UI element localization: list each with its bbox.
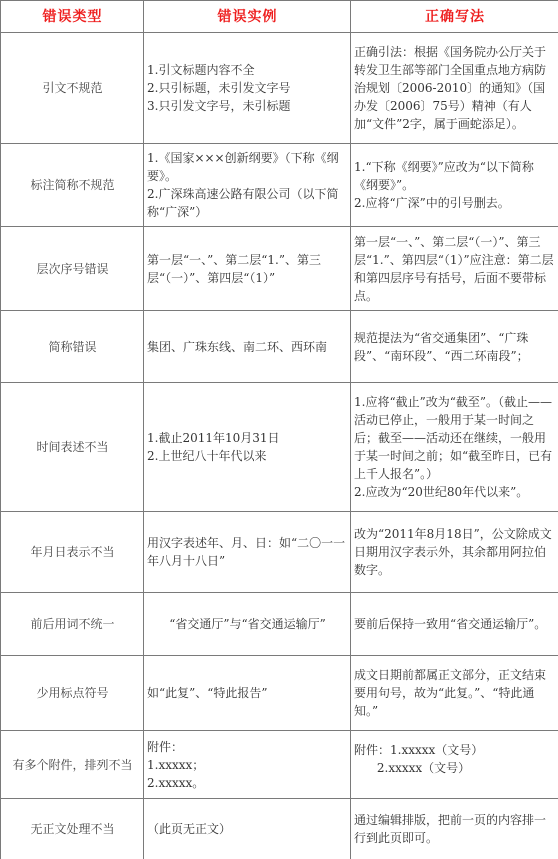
- example-line: 1.xxxxx；: [147, 756, 348, 774]
- correct-form-cell: 改为“2011年8月18日”，公文除成文日期用汉字表示外，其余都用阿拉伯数字。: [351, 512, 558, 593]
- table-row: 无正文处理不当 （此页无正文） 通过编辑排版，把前一页的内容排一行到此页即可。: [1, 799, 558, 859]
- correct-line: 1.“下称《纲要》”应改为“以下简称《纲要》”。: [354, 158, 556, 194]
- error-example-cell: 集团、广珠东线、南二环、西环南: [144, 311, 351, 383]
- column-header-error-type: 错误类型: [1, 1, 144, 33]
- table-row: 层次序号错误 第一层“一、”、第二层“1.”、第三层“（一）”、第四层“（1）”…: [1, 227, 558, 311]
- correct-form-cell: 要前后保持一致用“省交通运输厅”。: [351, 593, 558, 656]
- table-row: 简称错误 集团、广珠东线、南二环、西环南 规范提法为“省交通集团”、“广珠段”、…: [1, 311, 558, 383]
- table-row: 引文不规范 1.引文标题内容不全 2.只引标题，未引发文字号 3.只引发文字号，…: [1, 33, 558, 144]
- error-example-cell: “省交通厅”与“省交通运输厅”: [144, 593, 351, 656]
- example-line: 用汉字表述年、月、日：如“二〇一一年八月十八日”: [147, 534, 348, 570]
- example-line: 1.截止2011年10月31日: [147, 429, 348, 447]
- error-example-cell: 附件： 1.xxxxx； 2.xxxxx。: [144, 731, 351, 799]
- error-type-cell: 无正文处理不当: [1, 799, 144, 859]
- table-row: 年月日表示不当 用汉字表述年、月、日：如“二〇一一年八月十八日” 改为“2011…: [1, 512, 558, 593]
- correct-form-cell: 附件：1.xxxxx（文号） 2.xxxxx（文号）: [351, 731, 558, 799]
- correct-line: 规范提法为“省交通集团”、“广珠段”、“南环段”、“西二环南段”；: [354, 329, 556, 365]
- error-example-cell: 用汉字表述年、月、日：如“二〇一一年八月十八日”: [144, 512, 351, 593]
- error-example-cell: 1.截止2011年10月31日 2.上世纪八十年代以来: [144, 383, 351, 512]
- error-type-cell: 少用标点符号: [1, 656, 144, 731]
- correct-form-cell: 规范提法为“省交通集团”、“广珠段”、“南环段”、“西二环南段”；: [351, 311, 558, 383]
- correct-line: 成文日期前都属正文部分，正文结束要用句号，故为“此复。”、“特此通知。”: [354, 666, 556, 720]
- error-type-cell: 标注简称不规范: [1, 144, 144, 227]
- error-type-cell: 时间表述不当: [1, 383, 144, 512]
- correct-line: 要前后保持一致用“省交通运输厅”。: [354, 615, 556, 633]
- example-line: 第一层“一、”、第二层“1.”、第三层“（一）”、第四层“（1）”: [147, 251, 348, 287]
- correct-line: 改为“2011年8月18日”，公文除成文日期用汉字表示外，其余都用阿拉伯数字。: [354, 525, 556, 579]
- example-line: 集团、广珠东线、南二环、西环南: [147, 338, 348, 356]
- table-row: 有多个附件，排列不当 附件： 1.xxxxx； 2.xxxxx。 附件：1.xx…: [1, 731, 558, 799]
- example-line: “省交通厅”与“省交通运输厅”: [147, 615, 348, 633]
- error-example-cell: （此页无正文）: [144, 799, 351, 859]
- example-line: 2.广深珠高速公路有限公司（以下简称“广深”）: [147, 185, 348, 221]
- correct-line: 附件：1.xxxxx（文号）: [354, 741, 556, 759]
- error-type-cell: 有多个附件，排列不当: [1, 731, 144, 799]
- table-row: 时间表述不当 1.截止2011年10月31日 2.上世纪八十年代以来 1.应将“…: [1, 383, 558, 512]
- example-line: 2.上世纪八十年代以来: [147, 447, 348, 465]
- correct-line: 正确引法：根据《国务院办公厅关于转发卫生部等部门全国重点地方病防治规划〔2006…: [354, 43, 556, 133]
- error-type-cell: 层次序号错误: [1, 227, 144, 311]
- correct-form-cell: 正确引法：根据《国务院办公厅关于转发卫生部等部门全国重点地方病防治规划〔2006…: [351, 33, 558, 144]
- correct-form-cell: 第一层“一、”、第二层“（一）”、第三层“1.”、第四层“（1）”应注意：第二层…: [351, 227, 558, 311]
- table-row: 标注简称不规范 1.《国家×××创新纲要》（下称《纲要》。 2.广深珠高速公路有…: [1, 144, 558, 227]
- example-line: 附件：: [147, 738, 348, 756]
- table-row: 少用标点符号 如“此复”、“特此报告” 成文日期前都属正文部分，正文结束要用句号…: [1, 656, 558, 731]
- error-type-cell: 年月日表示不当: [1, 512, 144, 593]
- correct-form-cell: 通过编辑排版，把前一页的内容排一行到此页即可。: [351, 799, 558, 859]
- correct-line: 通过编辑排版，把前一页的内容排一行到此页即可。: [354, 811, 556, 847]
- error-type-cell: 简称错误: [1, 311, 144, 383]
- example-line: 如“此复”、“特此报告”: [147, 684, 348, 702]
- correct-form-cell: 成文日期前都属正文部分，正文结束要用句号，故为“此复。”、“特此通知。”: [351, 656, 558, 731]
- error-type-cell: 引文不规范: [1, 33, 144, 144]
- example-line: 1.《国家×××创新纲要》（下称《纲要》。: [147, 149, 348, 185]
- error-correction-table: 错误类型 错误实例 正确写法 引文不规范 1.引文标题内容不全 2.只引标题，未…: [0, 0, 558, 859]
- correct-form-cell: 1.应将“截止”改为“截至”。（截止——活动已停止，一般用于某一时间之后；截至—…: [351, 383, 558, 512]
- error-example-cell: 如“此复”、“特此报告”: [144, 656, 351, 731]
- error-type-cell: 前后用词不统一: [1, 593, 144, 656]
- example-line: （此页无正文）: [147, 820, 348, 838]
- error-example-cell: 1.引文标题内容不全 2.只引标题，未引发文字号 3.只引发文字号，未引标题: [144, 33, 351, 144]
- correct-line: 2.应将“广深”中的引号删去。: [354, 194, 556, 212]
- column-header-correct-form: 正确写法: [351, 1, 558, 33]
- column-header-error-example: 错误实例: [144, 1, 351, 33]
- header-row: 错误类型 错误实例 正确写法: [1, 1, 558, 33]
- correct-line: 1.应将“截止”改为“截至”。（截止——活动已停止，一般用于某一时间之后；截至—…: [354, 393, 556, 483]
- correct-line: 2.xxxxx（文号）: [354, 759, 556, 777]
- example-line: 2.只引标题，未引发文字号: [147, 79, 348, 97]
- example-line: 2.xxxxx。: [147, 774, 348, 792]
- example-line: 1.引文标题内容不全: [147, 61, 348, 79]
- correct-line: 2.应改为“20世纪80年代以来”。: [354, 483, 556, 501]
- error-example-cell: 1.《国家×××创新纲要》（下称《纲要》。 2.广深珠高速公路有限公司（以下简称…: [144, 144, 351, 227]
- correct-line: 第一层“一、”、第二层“（一）”、第三层“1.”、第四层“（1）”应注意：第二层…: [354, 233, 556, 305]
- error-example-cell: 第一层“一、”、第二层“1.”、第三层“（一）”、第四层“（1）”: [144, 227, 351, 311]
- example-line: 3.只引发文字号，未引标题: [147, 97, 348, 115]
- table-row: 前后用词不统一 “省交通厅”与“省交通运输厅” 要前后保持一致用“省交通运输厅”…: [1, 593, 558, 656]
- correct-form-cell: 1.“下称《纲要》”应改为“以下简称《纲要》”。 2.应将“广深”中的引号删去。: [351, 144, 558, 227]
